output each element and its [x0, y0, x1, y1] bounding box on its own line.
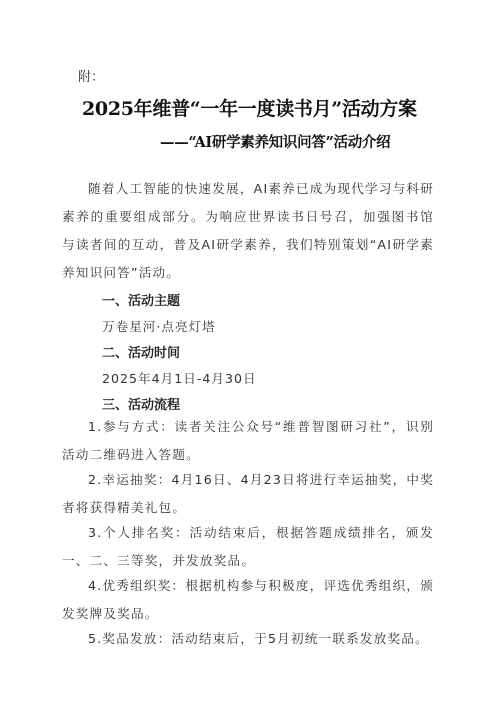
section-heading-process: 三、活动流程	[102, 394, 180, 413]
section-content-theme: 万卷星河·点亮灯塔	[102, 316, 216, 335]
intro-paragraph: 随着人工智能的快速发展，AI素养已成为现代学习与科研素养的重要组成部分。为响应世…	[62, 175, 434, 287]
document-subtitle: ——“AI研学素养知识问答”活动介绍	[160, 131, 390, 152]
process-item-lucky-draw: 2.幸运抽奖：4月16日、4月23日将进行幸运抽奖，中奖者将获得精美礼包。	[62, 466, 434, 522]
process-item-prize-delivery: 5.奖品发放：活动结束后，于5月初统一联系发放奖品。	[62, 625, 434, 653]
process-item-participation: 1.参与方式：读者关注公众号“维普智图研习社”，识别活动二维码进入答题。	[62, 413, 434, 469]
section-heading-theme: 一、活动主题	[102, 290, 180, 309]
appendix-label: 附：	[78, 66, 104, 85]
process-item-ranking-award: 3.个人排名奖：活动结束后，根据答题成绩排名，颁发一、二、三等奖，并发放奖品。	[62, 519, 434, 575]
section-content-time: 2025年4月1日-4月30日	[102, 368, 257, 387]
process-item-organization-award: 4.优秀组织奖：根据机构参与积极度，评选优秀组织，颁发奖牌及奖品。	[62, 572, 434, 628]
section-heading-time: 二、活动时间	[102, 342, 180, 361]
document-title: 2025年维普“一年一度读书月”活动方案	[82, 94, 417, 121]
